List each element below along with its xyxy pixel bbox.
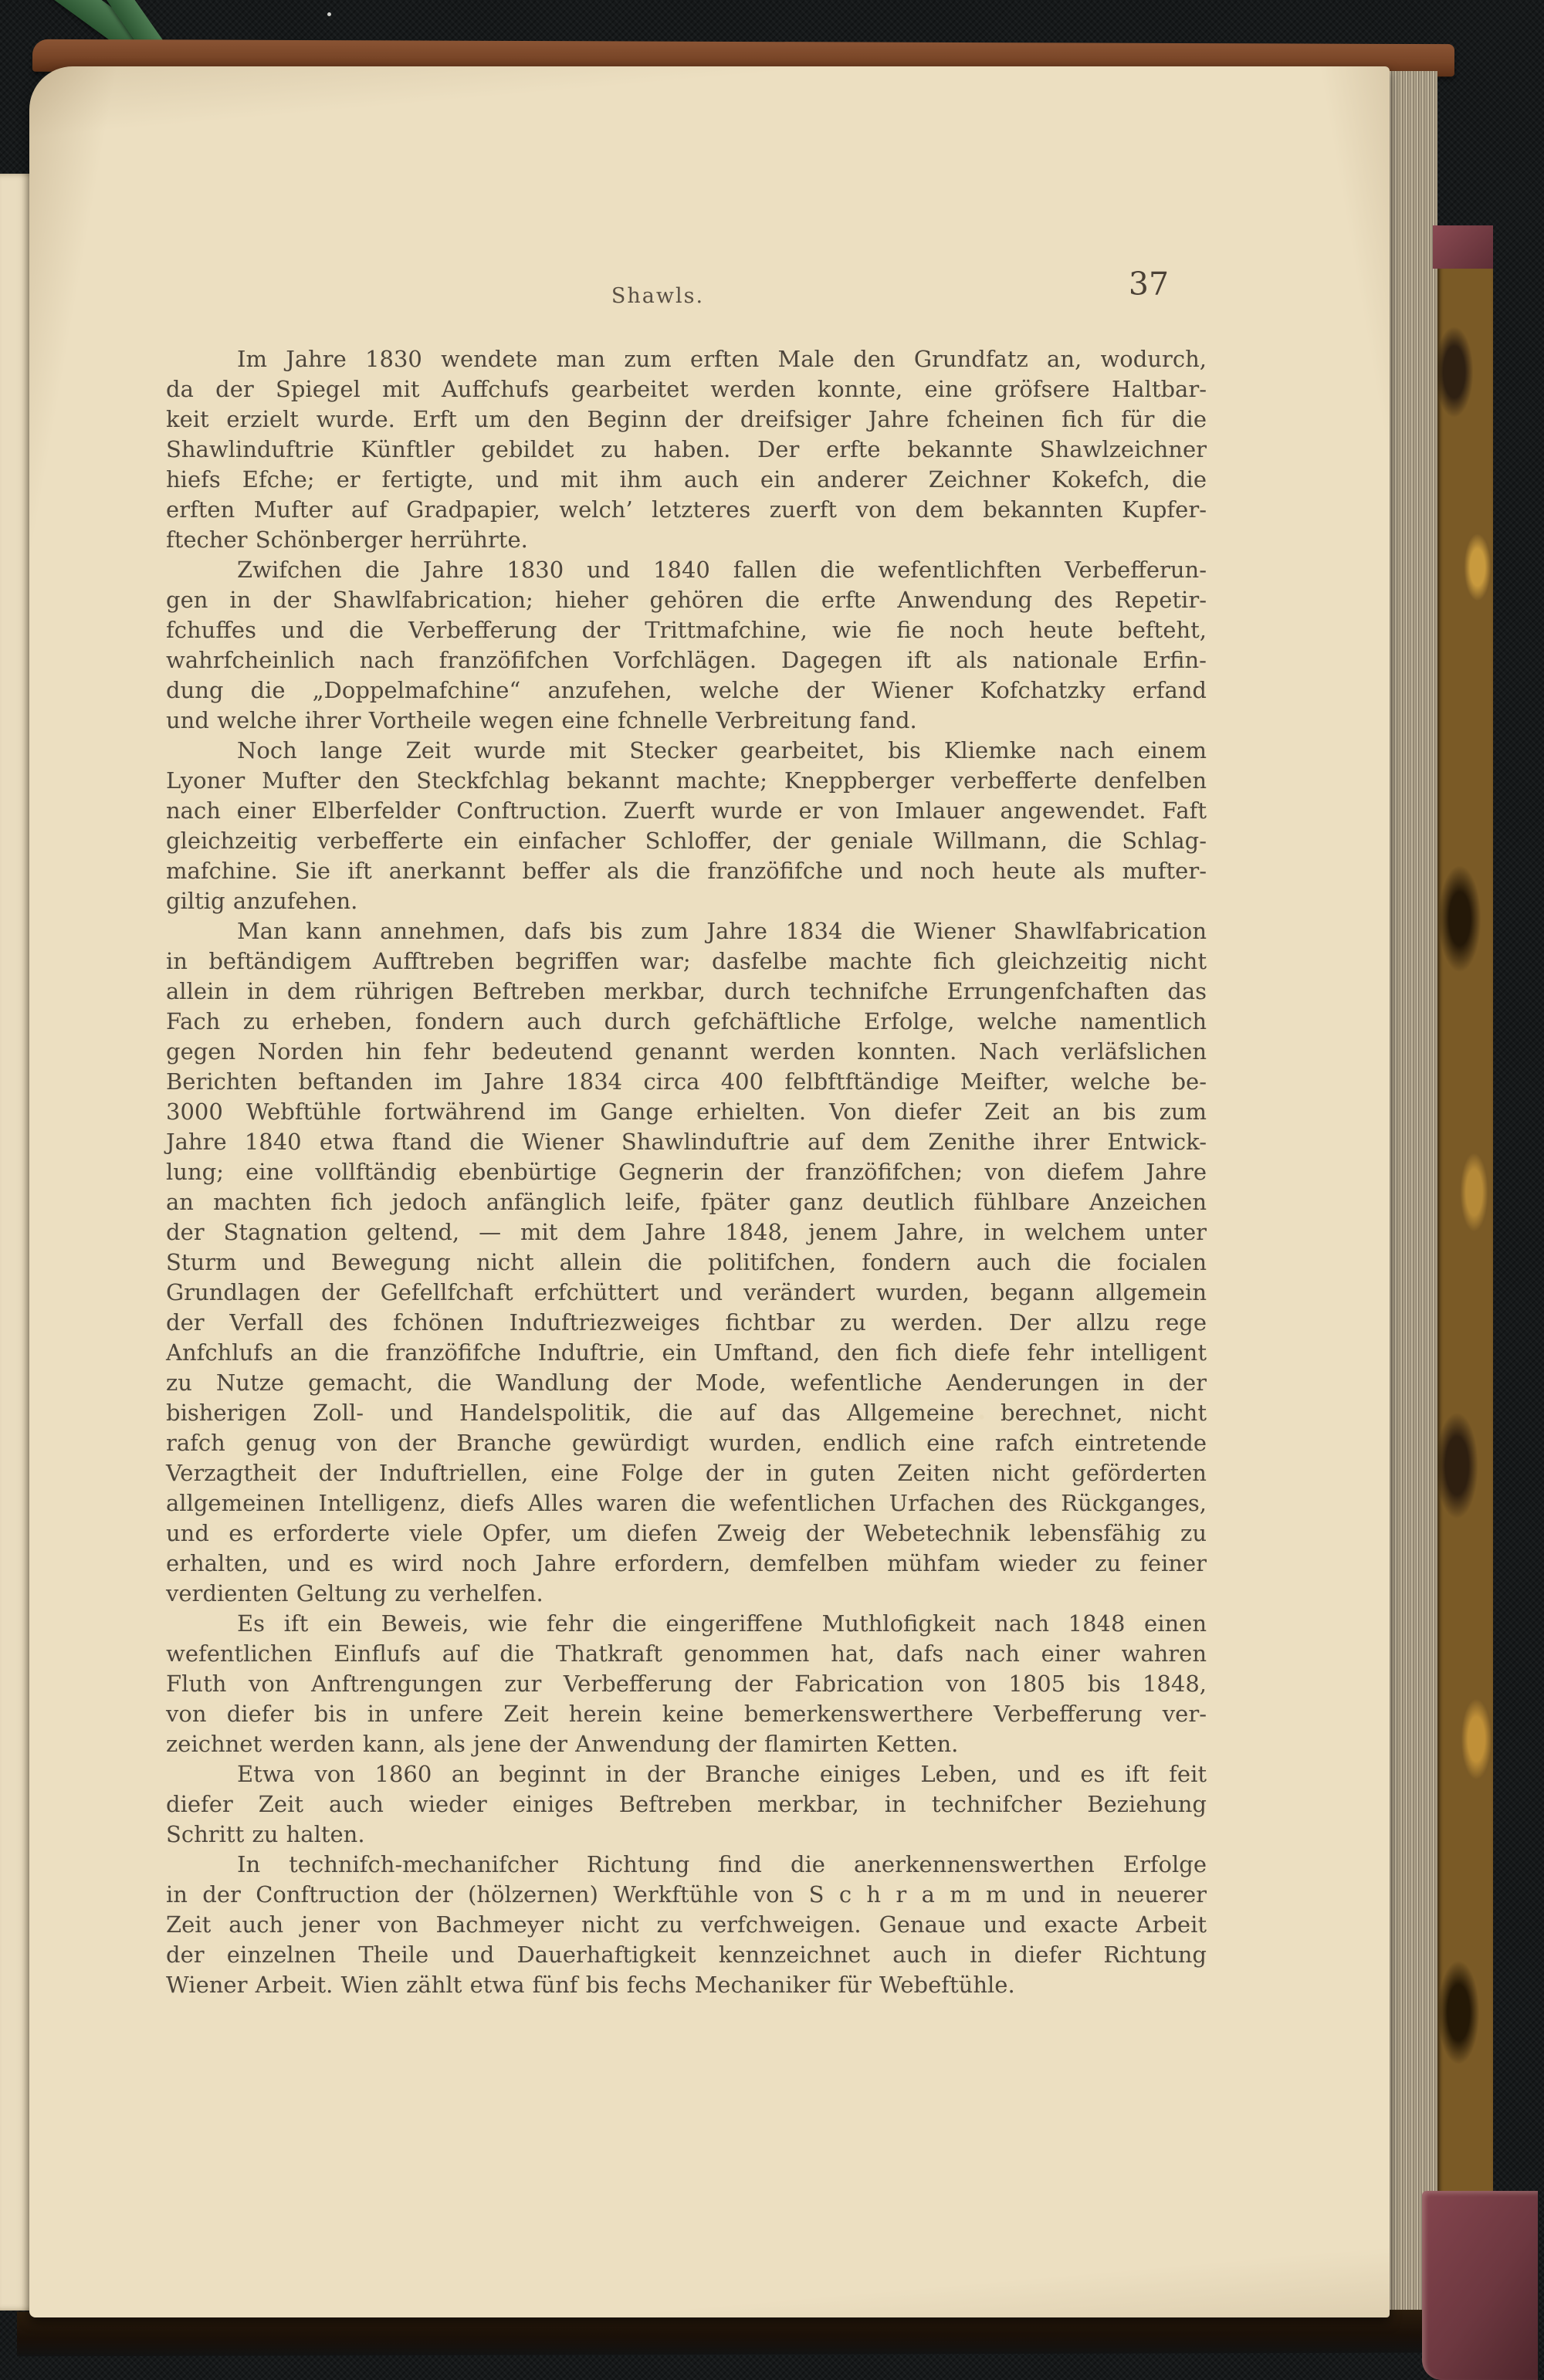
text-line: Man kann annehmen, dafs bis zum Jahre 18… xyxy=(166,916,1207,946)
text-line: verdienten Geltung zu verhelfen. xyxy=(166,1579,1207,1609)
page-fore-edge xyxy=(1390,71,1437,2310)
text-line: Sturm und Bewegung nicht allein die poli… xyxy=(166,1248,1207,1278)
text-line: diefer Zeit auch wieder einiges Beftrebe… xyxy=(166,1789,1207,1820)
text-line: 3000 Webftühle fortwährend im Gange erhi… xyxy=(166,1097,1207,1127)
text-line: Zeit auch jener von Bachmeyer nicht zu v… xyxy=(166,1910,1207,1940)
text-line: Lyoner Mufter den Steckfchlag bekannt ma… xyxy=(166,766,1207,796)
text-line: allgemeinen Intelligenz, diefs Alles war… xyxy=(166,1488,1207,1518)
book-page: Shawls. 37 Im Jahre 1830 wendete man zum… xyxy=(29,66,1390,2317)
text-line: Verzagtheit der Induftriellen, eine Folg… xyxy=(166,1458,1207,1488)
text-line: gegen Norden hin fehr bedeutend genannt … xyxy=(166,1037,1207,1067)
text-line: gen in der Shawlfabrication; hieher gehö… xyxy=(166,585,1207,615)
text-line: mafchine. Sie ift anerkannt beffer als d… xyxy=(166,856,1207,886)
text-line: Grundlagen der Gefellfchaft erfchüttert … xyxy=(166,1278,1207,1308)
text-line: hiefs Efche; er fertigte, und mit ihm au… xyxy=(166,465,1207,495)
text-line: fchuffes und die Verbefferung der Trittm… xyxy=(166,615,1207,645)
text-line: nach einer Elberfelder Conftruction. Zue… xyxy=(166,796,1207,826)
text-line: der Verfall des fchönen Induftriezweiges… xyxy=(166,1308,1207,1338)
text-line: Fluth von Anftrengungen zur Verbefferung… xyxy=(166,1669,1207,1699)
text-line: erften Mufter auf Gradpapier, welch’ let… xyxy=(166,495,1207,525)
text-line: giltig anzufehen. xyxy=(166,886,1207,916)
text-line: in der Conftruction der (hölzernen) Werk… xyxy=(166,1880,1207,1910)
text-line: und welche ihrer Vortheile wegen eine fc… xyxy=(166,706,1207,736)
marbled-board xyxy=(1437,255,1493,2208)
text-line: wefentlichen Einflufs auf die Thatkraft … xyxy=(166,1639,1207,1669)
text-line: zeichnet werden kann, als jene der Anwen… xyxy=(166,1729,1207,1759)
text-line: keit erzielt wurde. Erft um den Beginn d… xyxy=(166,405,1207,435)
text-line: Jahre 1840 etwa ftand die Wiener Shawlin… xyxy=(166,1127,1207,1157)
text-line: zu Nutze gemacht, die Wandlung der Mode,… xyxy=(166,1368,1207,1398)
text-line: wahrfcheinlich nach franzöfifchen Vorfch… xyxy=(166,645,1207,675)
text-line: lung; eine vollftändig ebenbürtige Gegne… xyxy=(166,1157,1207,1187)
text-line: Anfchlufs an die franzöfifche Induftrie,… xyxy=(166,1338,1207,1368)
text-line: allein in dem rührigen Beftreben merkbar… xyxy=(166,977,1207,1007)
text-line: an machten fich jedoch anfänglich leife,… xyxy=(166,1187,1207,1217)
spine-leather-corner xyxy=(1422,2191,1538,2380)
text-line: Im Jahre 1830 wendete man zum erften Mal… xyxy=(166,344,1207,374)
text-line: Etwa von 1860 an beginnt in der Branche … xyxy=(166,1759,1207,1789)
photo-scene: Shawls. 37 Im Jahre 1830 wendete man zum… xyxy=(0,0,1544,2380)
page-number: 37 xyxy=(1110,266,1187,303)
text-line: Berichten beftanden im Jahre 1834 circa … xyxy=(166,1067,1207,1097)
text-line: In technifch-mechanifcher Richtung find … xyxy=(166,1850,1207,1880)
text-line: Shawlinduftrie Künftler gebildet zu habe… xyxy=(166,435,1207,465)
text-line: Wiener Arbeit. Wien zählt etwa fünf bis … xyxy=(166,1970,1207,2000)
text-line: Zwifchen die Jahre 1830 und 1840 fallen … xyxy=(166,555,1207,585)
running-head: Shawls. xyxy=(137,284,1178,308)
text-line: bisherigen Zoll- und Handelspolitik, die… xyxy=(166,1398,1207,1428)
text-line: in beftändigem Aufftreben begriffen war;… xyxy=(166,946,1207,977)
text-line: gleichzeitig verbefferte ein einfacher S… xyxy=(166,826,1207,856)
dust-speck xyxy=(327,12,331,16)
text-line: erhalten, und es wird noch Jahre erforde… xyxy=(166,1549,1207,1579)
text-line: ftecher Schönberger herrührte. xyxy=(166,525,1207,555)
text-line: Es ift ein Beweis, wie fehr die eingerif… xyxy=(166,1609,1207,1639)
text-line: der einzelnen Theile und Dauerhaftigkeit… xyxy=(166,1940,1207,1970)
text-line: von diefer bis in unfere Zeit herein kei… xyxy=(166,1699,1207,1729)
text-block: Im Jahre 1830 wendete man zum erften Mal… xyxy=(166,344,1207,2000)
text-line: Noch lange Zeit wurde mit Stecker gearbe… xyxy=(166,736,1207,766)
text-line: dung die „Doppelmafchine“ anzufehen, wel… xyxy=(166,675,1207,706)
text-line: da der Spiegel mit Auffchufs gearbeitet … xyxy=(166,374,1207,405)
text-line: Fach zu erheben, fondern auch durch gefc… xyxy=(166,1007,1207,1037)
text-line: der Stagnation geltend, — mit dem Jahre … xyxy=(166,1217,1207,1248)
spine-leather-top xyxy=(1433,225,1493,269)
text-line: rafch genug von der Branche gewürdigt wu… xyxy=(166,1428,1207,1458)
text-line: Schritt zu halten. xyxy=(166,1820,1207,1850)
text-line: und es erforderte viele Opfer, um diefen… xyxy=(166,1518,1207,1549)
